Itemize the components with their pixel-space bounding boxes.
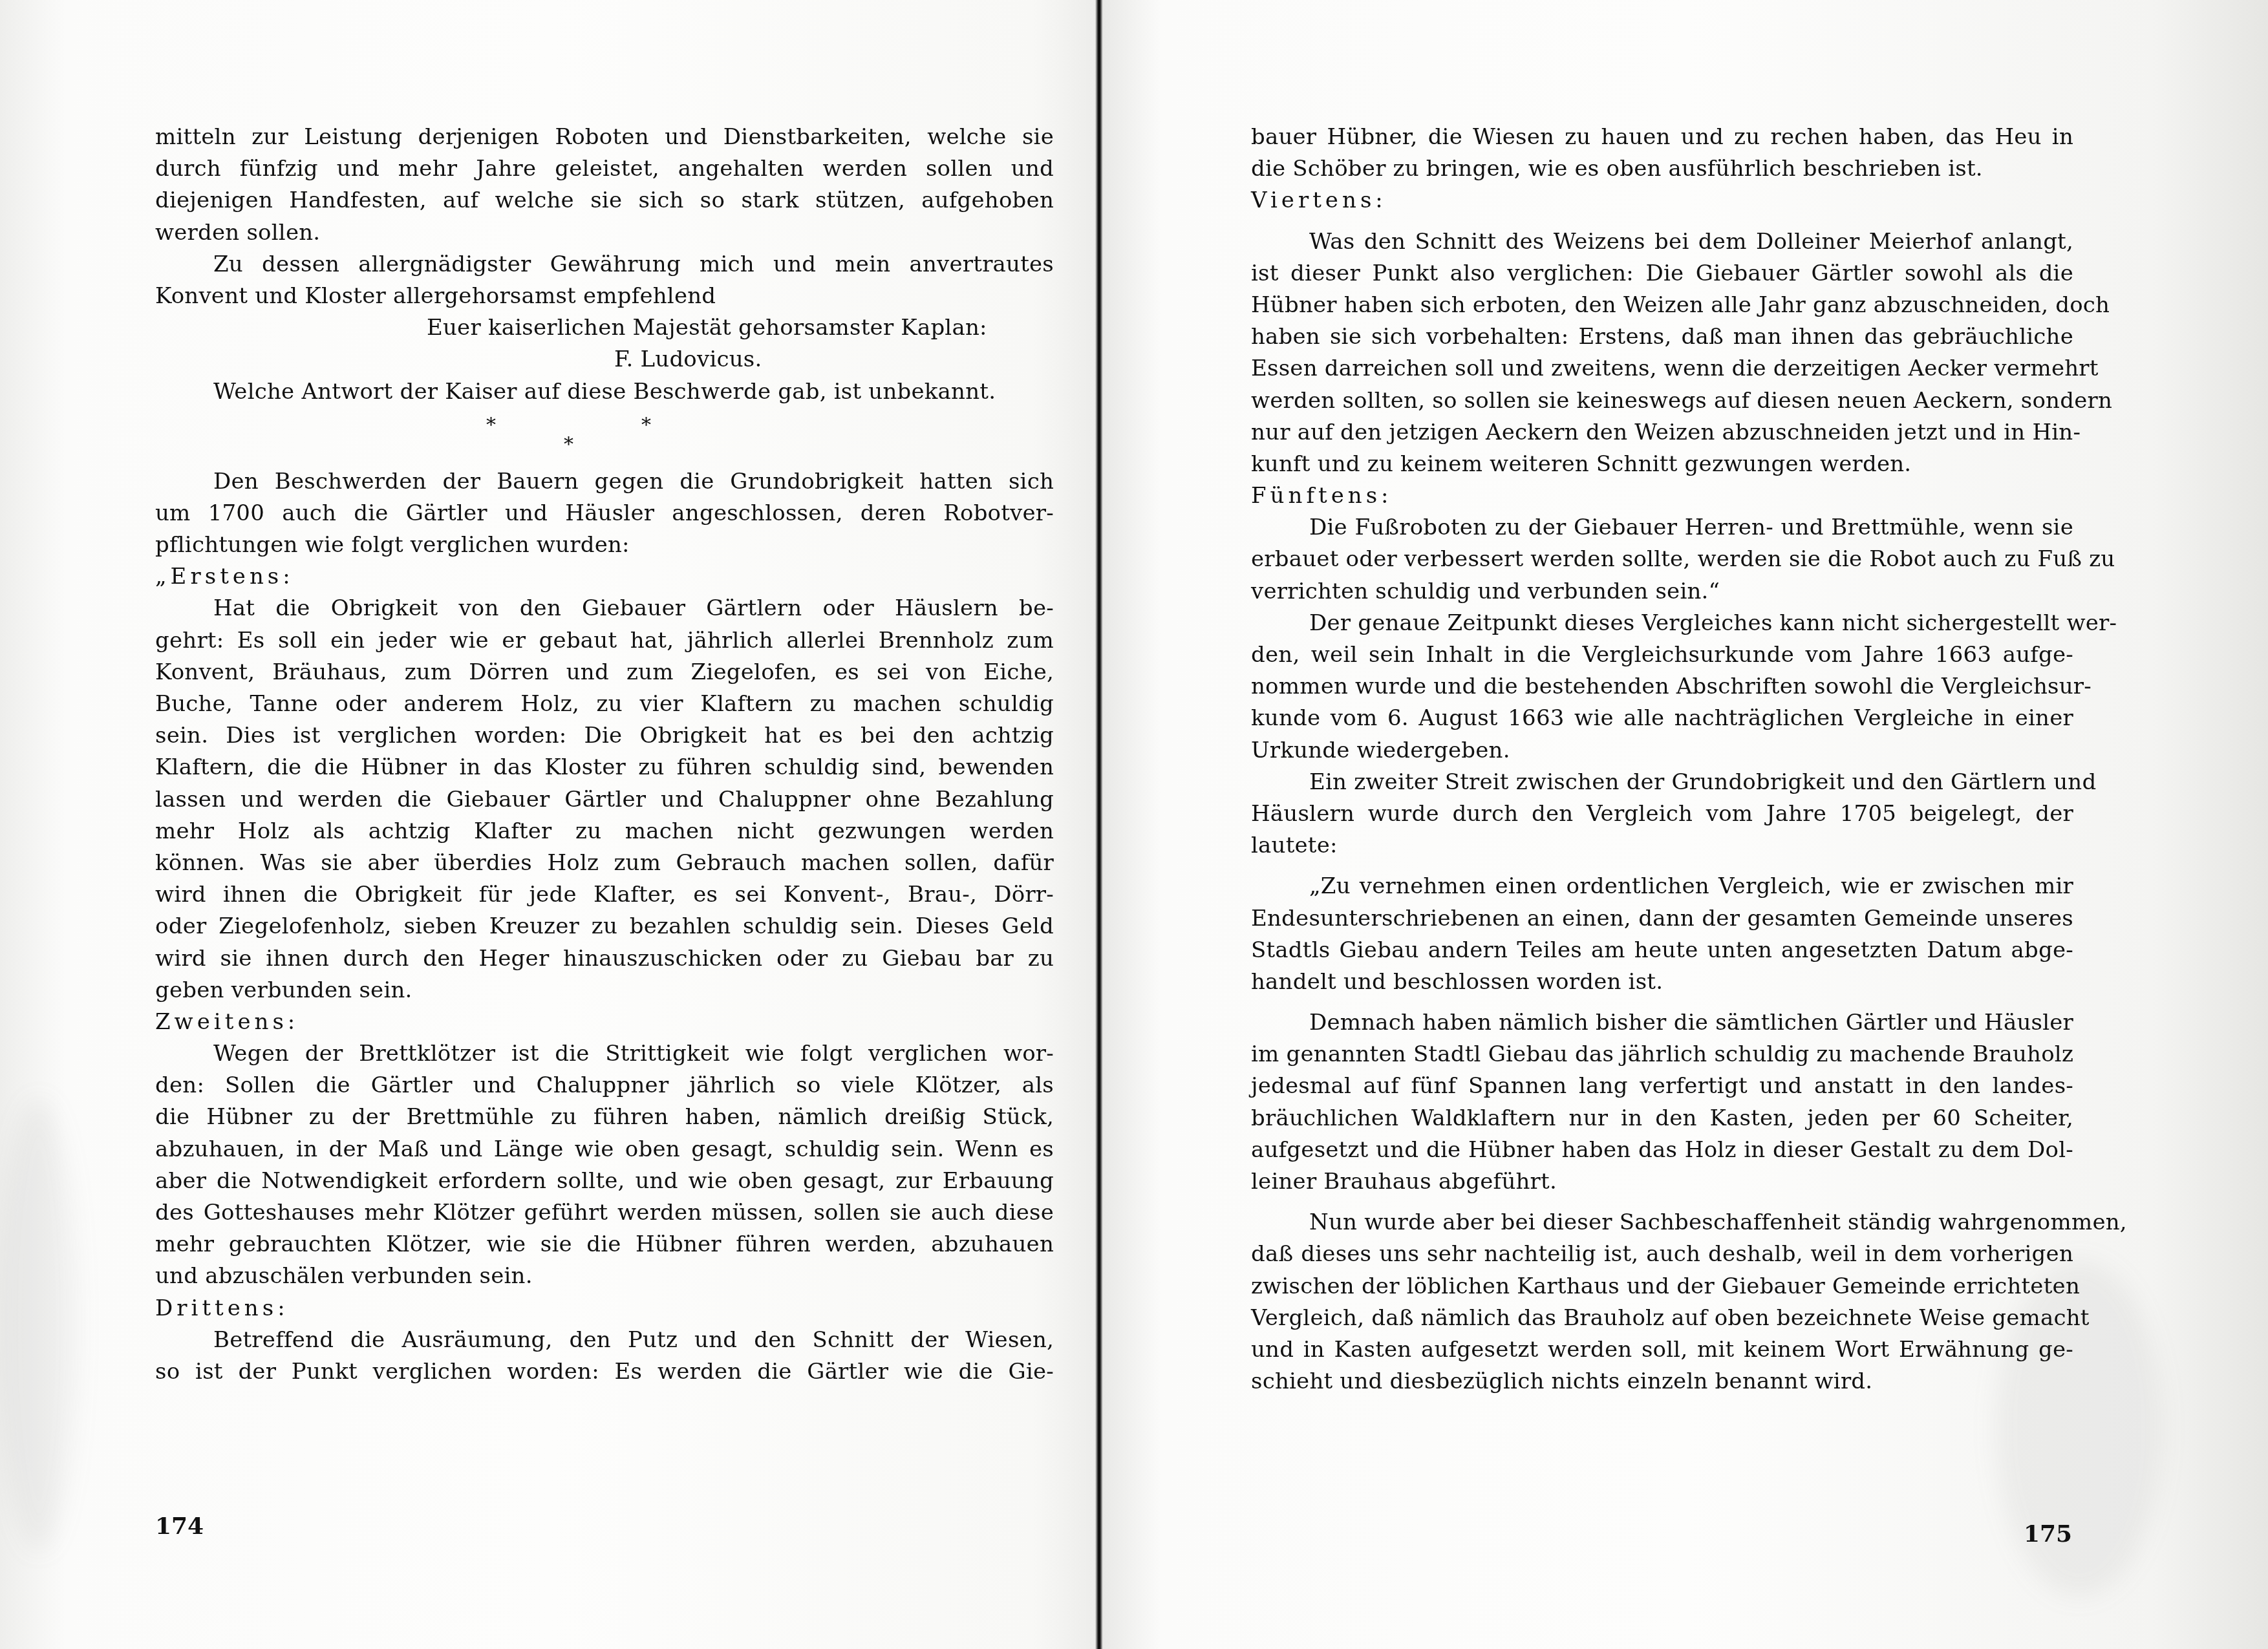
signature-line: Euer kaiserlichen Majestät gehorsamster …	[155, 312, 1054, 344]
signature-name: F. Ludovicus.	[155, 344, 1054, 376]
text-line: daß dieses uns sehr nachteilig ist, auch…	[1251, 1239, 2073, 1270]
text-line: bauer Hübner, die Wiesen zu hauen und zu…	[1251, 122, 2073, 153]
text-line: diejenigen Handfesten, auf welche sie si…	[155, 185, 1054, 217]
text-line: ist dieser Punkt also verglichen: Die Gi…	[1251, 258, 2073, 290]
text-line: lautete:	[1251, 830, 2073, 862]
text-line: nur auf den jetzigen Aeckern den Weizen …	[1251, 417, 2073, 449]
text-line: den, weil sein Inhalt in die Vergleichsu…	[1251, 639, 2073, 671]
section-heading: Fünftens:	[1251, 480, 2073, 512]
text-line: so ist der Punkt verglichen worden: Es w…	[155, 1356, 1054, 1388]
text-line: Ein zweiter Streit zwischen der Grundobr…	[1251, 767, 2073, 798]
text-line: wird ihnen die Obrigkeit für jede Klafte…	[155, 879, 1054, 911]
text-line: wird sie ihnen durch den Heger hinauszus…	[155, 943, 1054, 975]
text-line: werden sollten, so sollen sie keineswegs…	[1251, 385, 2073, 417]
text-line: im genannten Stadtl Giebau das jährlich …	[1251, 1039, 2073, 1070]
text-line: können. Was sie aber überdies Holz zum G…	[155, 847, 1054, 879]
text-line: Vergleich, daß nämlich das Brauholz auf …	[1251, 1303, 2073, 1334]
text-line: mehr Holz als achtzig Klafter zu machen …	[155, 816, 1054, 847]
text-line: schieht und diesbezüglich nichts einzeln…	[1251, 1366, 2073, 1398]
text-line: Nun wurde aber bei dieser Sachbeschaffen…	[1251, 1207, 2073, 1239]
text-line: Hübner haben sich erboten, den Weizen al…	[1251, 290, 2073, 321]
text-line: kunft und zu keinem weiteren Schnitt gez…	[1251, 449, 2073, 480]
text-line: abzuhauen, in der Maß und Länge wie oben…	[155, 1134, 1054, 1165]
text-line: Konvent, Bräuhaus, zum Dörren und zum Zi…	[155, 657, 1054, 688]
scan-shadow	[0, 1099, 78, 1551]
text-line: mitteln zur Leistung derjenigen Roboten …	[155, 122, 1054, 153]
text-line: zwischen der löblichen Karthaus und der …	[1251, 1271, 2073, 1303]
text-line: Der genaue Zeitpunkt dieses Vergleiches …	[1251, 608, 2073, 639]
section-heading: Zweitens:	[155, 1006, 1054, 1038]
text-line: Buche, Tanne oder anderem Holz, zu vier …	[155, 688, 1054, 720]
text-line: Welche Antwort der Kaiser auf diese Besc…	[155, 376, 1054, 408]
text-line: den: Sollen die Gärtler und Chaluppner j…	[155, 1070, 1054, 1101]
text-line: aufgesetzt und die Hübner haben das Holz…	[1251, 1134, 2073, 1166]
text-line: Urkunde wiedergeben.	[1251, 735, 2073, 767]
text-line: und in Kasten aufgesetzt werden soll, mi…	[1251, 1334, 2073, 1366]
text-line: jedesmal auf fünf Spannen lang verfertig…	[1251, 1070, 2073, 1102]
section-heading: Viertens:	[1251, 185, 2073, 217]
text-line: um 1700 auch die Gärtler und Häusler ang…	[155, 498, 1054, 529]
text-line: Die Fußroboten zu der Giebauer Herren- u…	[1251, 512, 2073, 544]
text-line: werden sollen.	[155, 217, 1054, 249]
text-line: haben sie sich vorbehalten: Erstens, daß…	[1251, 321, 2073, 353]
text-line: Essen darreichen soll und zweitens, wenn…	[1251, 353, 2073, 385]
text-line: aber die Notwendigkeit erfordern sollte,…	[155, 1165, 1054, 1197]
text-line: sein. Dies ist verglichen worden: Die Ob…	[155, 720, 1054, 752]
text-line: kunde vom 6. August 1663 wie alle nachtr…	[1251, 703, 2073, 734]
right-page: bauer Hübner, die Wiesen zu hauen und zu…	[1103, 0, 2268, 1649]
text-line: die Schöber zu bringen, wie es oben ausf…	[1251, 153, 2073, 185]
text-line: und abzuschälen verbunden sein.	[155, 1261, 1054, 1292]
text-line: Häuslern wurde durch den Vergleich vom J…	[1251, 798, 2073, 830]
asterisk: *	[564, 429, 573, 460]
text-line: leiner Brauhaus abgeführt.	[1251, 1166, 2073, 1198]
page-number: 174	[155, 1513, 204, 1540]
text-line: Klaftern, die die Hübner in das Kloster …	[155, 752, 1054, 783]
book-spine	[1095, 0, 1103, 1649]
text-line: oder Ziegelofenholz, sieben Kreuzer zu b…	[155, 911, 1054, 942]
text-line: erbauet oder verbessert werden sollte, w…	[1251, 544, 2073, 575]
text-line: durch fünfzig und mehr Jahre geleistet, …	[155, 153, 1054, 185]
text-line: bräuchlichen Waldklaftern nur in den Kas…	[1251, 1103, 2073, 1134]
section-heading: Drittens:	[155, 1293, 1054, 1325]
text-line: Wegen der Brettklötzer ist die Strittigk…	[155, 1038, 1054, 1070]
text-line: geben verbunden sein.	[155, 975, 1054, 1006]
text-line: Den Beschwerden der Bauern gegen die Gru…	[155, 466, 1054, 498]
left-page-text: mitteln zur Leistung derjenigen Roboten …	[155, 122, 1054, 1388]
text-line: die Hübner zu der Brettmühle zu führen h…	[155, 1101, 1054, 1133]
text-line: „Zu vernehmen einen ordentlichen Verglei…	[1251, 871, 2073, 902]
text-line: Zu dessen allergnädigster Gewährung mich…	[155, 249, 1054, 281]
left-page: mitteln zur Leistung derjenigen Roboten …	[0, 0, 1099, 1649]
text-line: Betreffend die Ausräumung, den Putz und …	[155, 1325, 1054, 1356]
text-line: handelt und beschlossen worden ist.	[1251, 966, 2073, 998]
text-line: Hat die Obrigkeit von den Giebauer Gärtl…	[155, 593, 1054, 624]
text-line: Was den Schnitt des Weizens bei dem Doll…	[1251, 226, 2073, 258]
text-line: gehrt: Es soll ein jeder wie er gebaut h…	[155, 625, 1054, 657]
right-page-text: bauer Hübner, die Wiesen zu hauen und zu…	[1251, 122, 2073, 1398]
text-line: verrichten schuldig und verbunden sein.“	[1251, 576, 2073, 608]
text-line: Stadtls Giebau andern Teiles am heute un…	[1251, 935, 2073, 966]
text-line: Endesunterschriebenen an einen, dann der…	[1251, 903, 2073, 935]
section-break: * * *	[155, 408, 1054, 466]
text-line: mehr gebrauchten Klötzer, wie sie die Hü…	[155, 1229, 1054, 1261]
section-heading: „Erstens:	[155, 561, 1054, 593]
text-line: Demnach haben nämlich bisher die sämtlic…	[1251, 1007, 2073, 1039]
text-line: nommen wurde und die bestehenden Abschri…	[1251, 671, 2073, 703]
text-line: des Gotteshauses mehr Klötzer geführt we…	[155, 1197, 1054, 1229]
text-line: pflichtungen wie folgt verglichen wurden…	[155, 529, 1054, 561]
text-line: lassen und werden die Giebauer Gärtler u…	[155, 784, 1054, 816]
asterisk: *	[641, 409, 651, 441]
text-line: Konvent und Kloster allergehorsamst empf…	[155, 281, 1054, 312]
page-number: 175	[2024, 1520, 2072, 1548]
asterisk: *	[486, 409, 496, 441]
